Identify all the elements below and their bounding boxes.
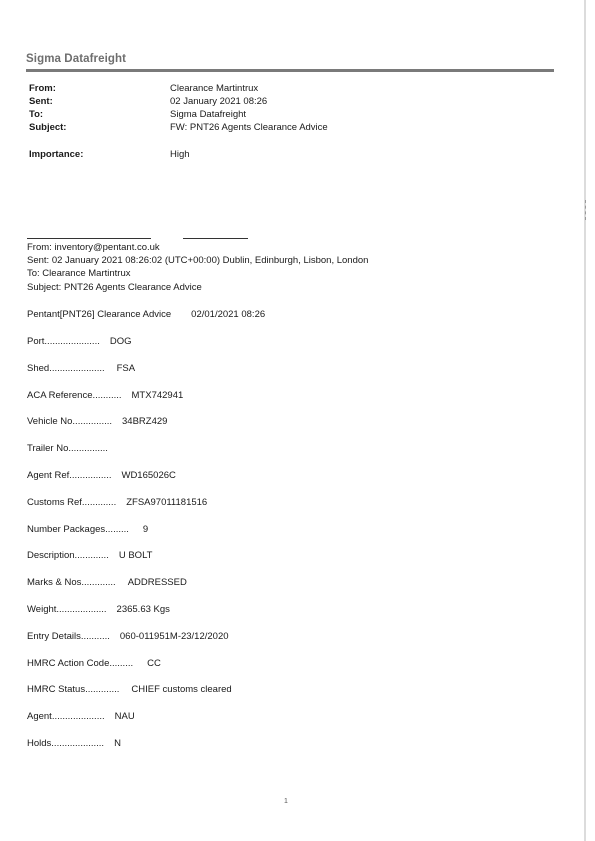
field-value: NAU — [115, 711, 135, 722]
field-value: 060-011951M-23/12/2020 — [120, 631, 229, 642]
field-label: Shed..................... — [27, 363, 105, 374]
field-row: Agent Ref................WD165026C — [27, 470, 176, 481]
forwarded-from: From: inventory@pentant.co.uk — [27, 241, 368, 254]
edge-mark — [585, 200, 587, 220]
field-label: Number Packages......... — [27, 524, 129, 535]
field-label: Marks & Nos............. — [27, 577, 116, 588]
header-from-value: Clearance Martintrux — [170, 83, 258, 94]
forwarded-subject: Subject: PNT26 Agents Clearance Advice — [27, 281, 368, 294]
field-value: ADDRESSED — [128, 577, 187, 588]
field-value: FSA — [117, 363, 135, 374]
field-label: HMRC Status............. — [27, 684, 119, 695]
header-importance-value: High — [170, 149, 190, 160]
header-importance-label: Importance: — [29, 149, 169, 160]
brand-title: Sigma Datafreight — [26, 53, 126, 65]
field-row: Port.....................DOG — [27, 336, 132, 347]
forwarded-to: To: Clearance Martintrux — [27, 267, 368, 280]
field-label: Weight................... — [27, 604, 107, 615]
field-value: 2365.63 Kgs — [117, 604, 170, 615]
header-sent-label: Sent: — [29, 96, 169, 107]
field-value: ZFSA97011181516 — [126, 497, 207, 508]
field-value: DOG — [110, 336, 132, 347]
field-row: Marks & Nos.............ADDRESSED — [27, 577, 187, 588]
field-label: Description............. — [27, 550, 109, 561]
forwarded-header: From: inventory@pentant.co.uk Sent: 02 J… — [27, 241, 368, 294]
advice-title: Pentant[PNT26] Clearance Advice — [27, 309, 171, 320]
header-subject-label: Subject: — [29, 122, 169, 133]
field-row: Customs Ref.............ZFSA97011181516 — [27, 497, 207, 508]
field-label: HMRC Action Code......... — [27, 658, 133, 669]
field-row: HMRC Status.............CHIEF customs cl… — [27, 684, 232, 695]
header-subject-value: FW: PNT26 Agents Clearance Advice — [170, 122, 328, 133]
forward-divider-left — [27, 238, 151, 239]
advice-heading: Pentant[PNT26] Clearance Advice02/01/202… — [27, 309, 265, 320]
forward-divider-right — [183, 238, 248, 239]
field-value: CHIEF customs cleared — [131, 684, 231, 695]
field-value: MTX742941 — [132, 390, 184, 401]
field-label: Port..................... — [27, 336, 100, 347]
field-value: 9 — [143, 524, 148, 535]
field-row: Vehicle No...............34BRZ429 — [27, 416, 167, 427]
field-value: WD165026C — [121, 470, 175, 481]
field-value: 34BRZ429 — [122, 416, 167, 427]
advice-timestamp: 02/01/2021 08:26 — [191, 309, 265, 320]
brand-rule — [26, 69, 554, 72]
page-number: 1 — [284, 798, 288, 805]
header-sent-value: 02 January 2021 08:26 — [170, 96, 267, 107]
field-row: Weight...................2365.63 Kgs — [27, 604, 170, 615]
field-label: Entry Details........... — [27, 631, 110, 642]
field-row: Entry Details...........060-011951M-23/1… — [27, 631, 229, 642]
field-row: Holds....................N — [27, 738, 121, 749]
field-row: Agent....................NAU — [27, 711, 135, 722]
field-label: Agent.................... — [27, 711, 105, 722]
page-edge — [584, 0, 586, 841]
field-label: Holds.................... — [27, 738, 104, 749]
field-row: Number Packages.........9 — [27, 524, 148, 535]
field-label: ACA Reference........... — [27, 390, 122, 401]
field-label: Agent Ref................ — [27, 470, 111, 481]
field-label: Vehicle No............... — [27, 416, 112, 427]
field-label: Customs Ref............. — [27, 497, 116, 508]
field-row: Trailer No............... — [27, 443, 118, 454]
forwarded-sent: Sent: 02 January 2021 08:26:02 (UTC+00:0… — [27, 254, 368, 267]
field-row: ACA Reference...........MTX742941 — [27, 390, 183, 401]
field-row: HMRC Action Code.........CC — [27, 658, 161, 669]
field-row: Shed.....................FSA — [27, 363, 135, 374]
field-value: N — [114, 738, 121, 749]
field-label: Trailer No............... — [27, 443, 108, 454]
header-to-label: To: — [29, 109, 169, 120]
header-from-label: From: — [29, 83, 169, 94]
field-value: CC — [147, 658, 161, 669]
field-value: U BOLT — [119, 550, 153, 561]
field-row: Description.............U BOLT — [27, 550, 152, 561]
header-to-value: Sigma Datafreight — [170, 109, 246, 120]
